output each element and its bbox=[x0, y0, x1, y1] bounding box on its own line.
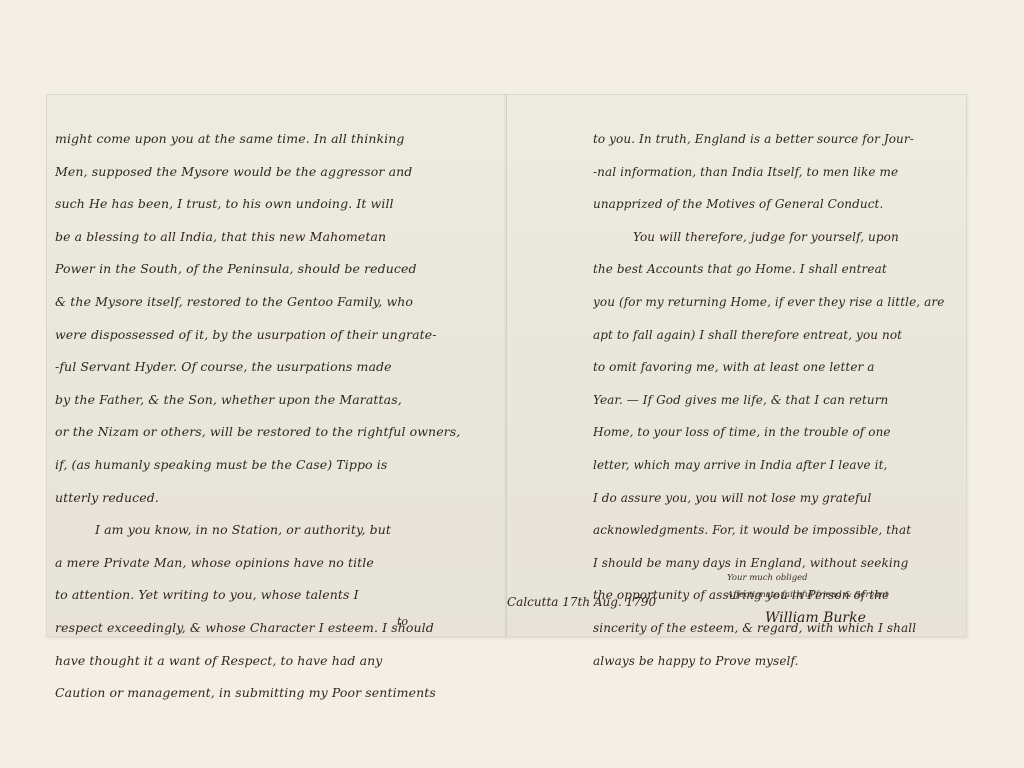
handwritten-line: I am you know, in no Station, or authori… bbox=[55, 514, 495, 547]
handwritten-line: be a blessing to all India, that this ne… bbox=[55, 221, 495, 254]
handwritten-line: a mere Private Man, whose opinions have … bbox=[55, 547, 495, 580]
handwritten-line: Men, supposed the Mysore would be the ag… bbox=[55, 156, 495, 189]
handwritten-line: to omit favoring me, with at least one l… bbox=[593, 351, 958, 384]
handwritten-line: acknowledgments. For, it would be imposs… bbox=[593, 514, 958, 547]
handwritten-line: might come upon you at the same time. In… bbox=[55, 123, 495, 156]
handwritten-line: letter, which may arrive in India after … bbox=[593, 449, 958, 482]
closing-line: Your much obliged bbox=[727, 573, 808, 583]
handwritten-line: were dispossessed of it, by the usurpati… bbox=[55, 319, 495, 352]
handwritten-line: I do assure you, you will not lose my gr… bbox=[593, 482, 958, 515]
handwritten-line: if, (as humanly speaking must be the Cas… bbox=[55, 449, 495, 482]
handwritten-line: to attention. Yet writing to you, whose … bbox=[55, 579, 495, 612]
right-page: to you. In truth, England is a better so… bbox=[507, 95, 966, 636]
dateline: Calcutta 17th Aug. 1790 bbox=[507, 595, 656, 609]
handwritten-line: the best Accounts that go Home. I shall … bbox=[593, 253, 958, 286]
handwritten-line: or the Nizam or others, will be restored… bbox=[55, 416, 495, 449]
signature: William Burke bbox=[765, 610, 866, 626]
handwritten-line: Caution or management, in submitting my … bbox=[55, 677, 495, 710]
handwritten-line: such He has been, I trust, to his own un… bbox=[55, 188, 495, 221]
left-page: might come upon you at the same time. In… bbox=[47, 95, 507, 636]
handwritten-line: unapprized of the Motives of General Con… bbox=[593, 188, 958, 221]
handwritten-line: apt to fall again) I shall therefore ent… bbox=[593, 319, 958, 352]
handwritten-line: have thought it a want of Respect, to ha… bbox=[55, 645, 495, 678]
handwritten-line: always be happy to Prove myself. bbox=[593, 645, 958, 678]
handwritten-line: to you. In truth, England is a better so… bbox=[593, 123, 958, 156]
handwritten-line: utterly reduced. bbox=[55, 482, 495, 515]
handwritten-line: Year. — If God gives me life, & that I c… bbox=[593, 384, 958, 417]
handwritten-line: & the Mysore itself, restored to the Gen… bbox=[55, 286, 495, 319]
handwritten-line: You will therefore, judge for yourself, … bbox=[593, 221, 958, 254]
letter-sheet: might come upon you at the same time. In… bbox=[47, 95, 966, 636]
handwritten-line: -ful Servant Hyder. Of course, the usurp… bbox=[55, 351, 495, 384]
catchword: to bbox=[397, 615, 408, 628]
handwritten-line: respect exceedingly, & whose Character I… bbox=[55, 612, 495, 645]
handwritten-line: you (for my returning Home, if ever they… bbox=[593, 286, 958, 319]
handwritten-line: Home, to your loss of time, in the troub… bbox=[593, 416, 958, 449]
left-page-text: might come upon you at the same time. In… bbox=[55, 123, 495, 710]
closing-line: Affectionate faithful friend & Servant bbox=[727, 590, 888, 600]
handwritten-line: Power in the South, of the Peninsula, sh… bbox=[55, 253, 495, 286]
handwritten-line: -nal information, than India Itself, to … bbox=[593, 156, 958, 189]
handwritten-line: by the Father, & the Son, whether upon t… bbox=[55, 384, 495, 417]
